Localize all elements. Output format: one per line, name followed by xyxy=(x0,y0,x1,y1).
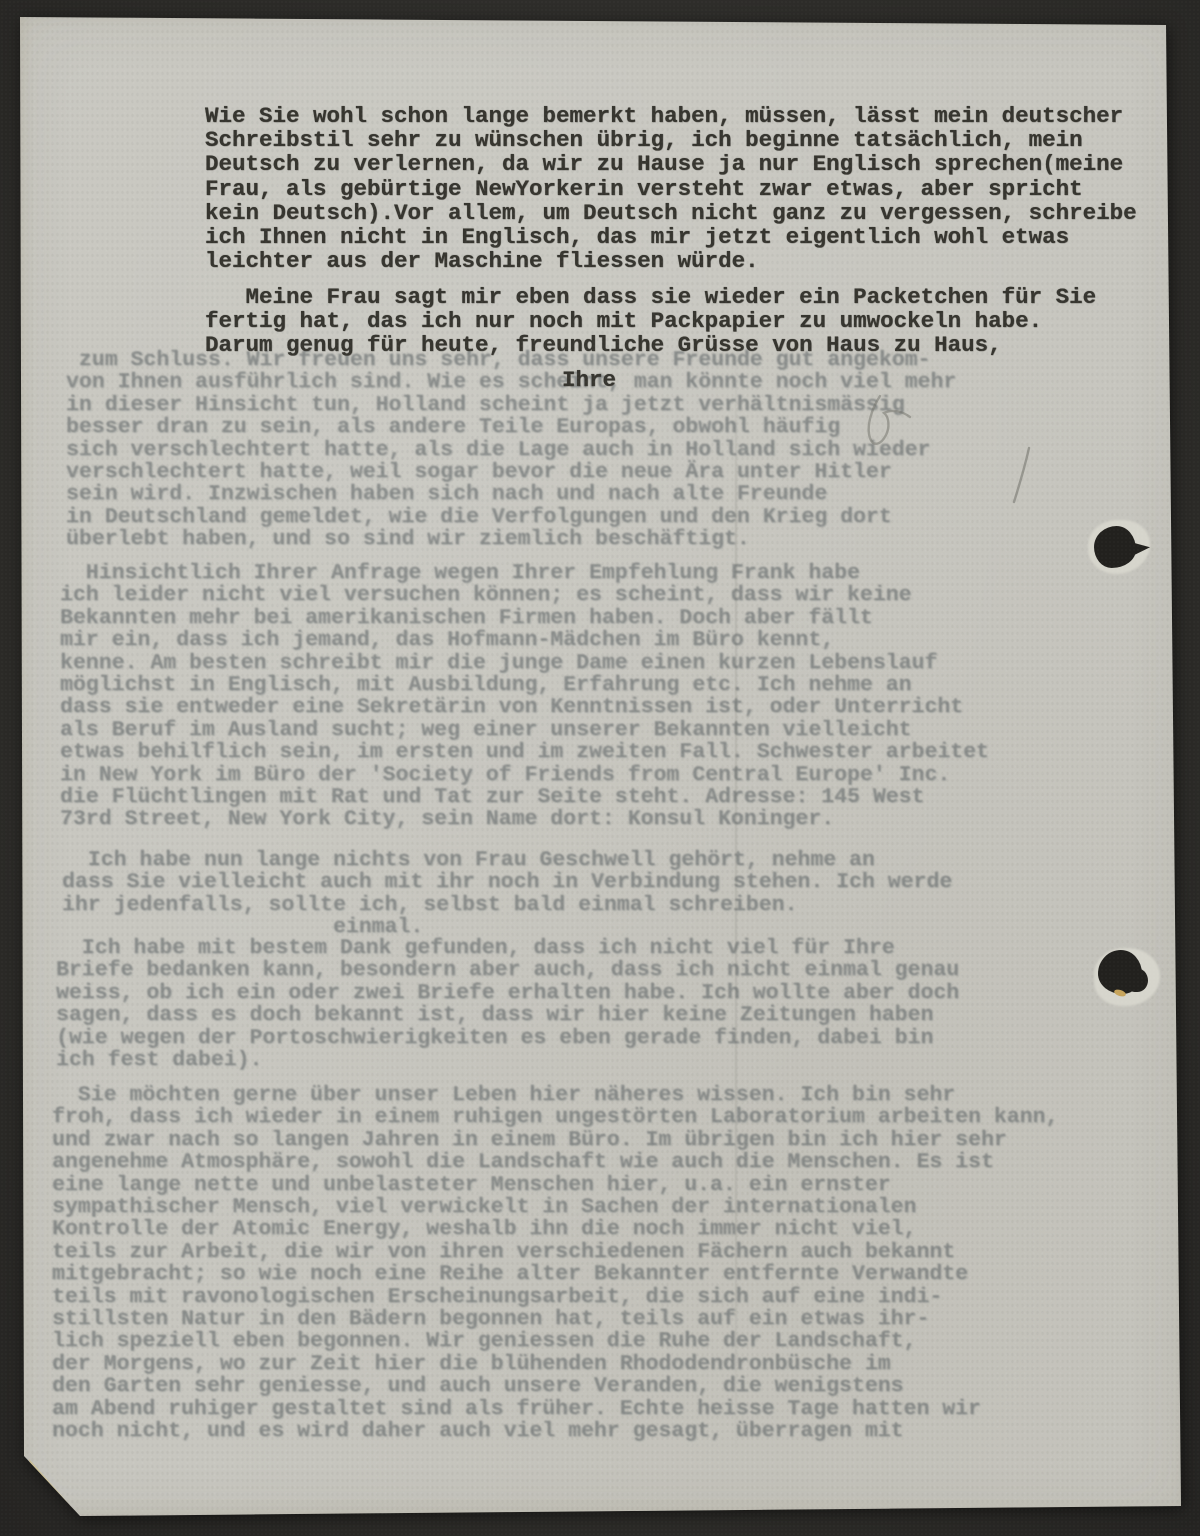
text-line: die Flüchtlingen mit Rat und Tat zur Sei… xyxy=(60,786,989,808)
text-line: Sie möchten gerne über unser Leben hier … xyxy=(52,1084,1058,1106)
text-line: stillsten Natur in den Bädern begonnen h… xyxy=(52,1308,1058,1330)
text-line: sich verschlechtert hatte, als die Lage … xyxy=(66,439,956,461)
text-line: Schreibstil sehr zu wünschen übrig, ich … xyxy=(205,128,1137,152)
text-line: 73rd Street, New York City, sein Name do… xyxy=(60,808,989,830)
text-line: mitgebracht; so wie noch eine Reihe alte… xyxy=(52,1263,1058,1285)
text-line: der Morgens, wo zur Zeit hier die blühen… xyxy=(52,1353,1058,1375)
text-line: dass Sie vielleicht auch mit ihr noch in… xyxy=(62,871,952,893)
ghost-text-block-1: zum Schluss. Wir freuen uns sehr, dass u… xyxy=(66,349,956,551)
hole-opening xyxy=(1094,526,1136,568)
text-line: sagen, dass es doch bekannt ist, dass wi… xyxy=(56,1004,959,1026)
ghost-text-block-3: Ich habe nun lange nichts von Frau Gesch… xyxy=(62,849,952,939)
text-line: Ich habe mit bestem Dank gefunden, dass … xyxy=(56,937,959,959)
text-line: Hinsichtlich Ihrer Anfrage wegen Ihrer E… xyxy=(60,562,989,584)
text-line: eine lange nette und unbelasteter Mensch… xyxy=(52,1174,1058,1196)
text-line: Deutsch zu verlernen, da wir zu Hause ja… xyxy=(205,152,1137,176)
hole-opening xyxy=(1126,968,1148,992)
text-line: sympathischer Mensch, viel verwickelt in… xyxy=(52,1196,1058,1218)
text-line: verschlechtert hatte, weil sogar bevor d… xyxy=(66,461,956,483)
text-line: mir ein, dass ich jemand, das Hofmann-Mä… xyxy=(60,629,989,651)
text-line: in Deutschland gemeldet, wie die Verfolg… xyxy=(66,506,956,528)
text-line: von Ihnen ausführlich sind. Wie es schei… xyxy=(66,371,956,393)
text-line: leichter aus der Maschine fliessen würde… xyxy=(205,249,1137,273)
text-line: ihr jedenfalls, sollte ich, selbst bald … xyxy=(62,894,952,916)
text-line: besser dran zu sein, als andere Teile Eu… xyxy=(66,416,956,438)
paper-shadow-wrap: zum Schluss. Wir freuen uns sehr, dass u… xyxy=(0,0,1200,1536)
text-line: den Garten sehr geniesse, und auch unser… xyxy=(52,1375,1058,1397)
typed-paragraph-1: Wie Sie wohl schon lange bemerkt haben, … xyxy=(205,104,1137,273)
text-line: dass sie entweder eine Sekretärin von Ke… xyxy=(60,696,989,718)
text-line: in dieser Hinsicht tun, Holland scheint … xyxy=(66,394,956,416)
punch-hole-2 xyxy=(1092,946,1164,1012)
text-line: sein wird. Inzwischen haben sich nach un… xyxy=(66,483,956,505)
text-line: fertig hat, das ich nur noch mit Packpap… xyxy=(205,309,1096,333)
text-line: Ich habe nun lange nichts von Frau Gesch… xyxy=(62,849,952,871)
ghost-text-block-4: Ich habe mit bestem Dank gefunden, dass … xyxy=(56,937,959,1071)
text-line: ich leider nicht viel versuchen können; … xyxy=(60,584,989,606)
text-line: Darum genug für heute, freundliche Grüss… xyxy=(205,333,1096,357)
typed-paragraph-2: Meine Frau sagt mir eben dass sie wieder… xyxy=(205,285,1096,358)
text-line: ich fest dabei). xyxy=(56,1049,959,1071)
text-line: als Beruf im Ausland sucht; weg einer un… xyxy=(60,719,989,741)
text-line: Meine Frau sagt mir eben dass sie wieder… xyxy=(205,285,1096,309)
text-line: kenne. Am besten schreibt mir die junge … xyxy=(60,652,989,674)
text-line: teils zur Arbeit, die wir von ihren vers… xyxy=(52,1241,1058,1263)
text-line: Briefe bedanken kann, besondern aber auc… xyxy=(56,959,959,981)
text-line: Kontrolle der Atomic Energy, weshalb ihn… xyxy=(52,1218,1058,1240)
pencil-mark-slash xyxy=(1014,448,1029,502)
text-line: Wie Sie wohl schon lange bemerkt haben, … xyxy=(205,104,1137,128)
text-line: kein Deutsch).Vor allem, um Deutsch nich… xyxy=(205,201,1137,225)
text-line: und zwar nach so langen Jahren in einem … xyxy=(52,1129,1058,1151)
text-line: in New York im Büro der 'Society of Frie… xyxy=(60,764,989,786)
text-line: überlebt haben, und so sind wir ziemlich… xyxy=(66,528,956,550)
ghost-text-block-2: Hinsichtlich Ihrer Anfrage wegen Ihrer E… xyxy=(60,562,989,831)
text-line: froh, dass ich wieder in einem ruhigen u… xyxy=(52,1106,1058,1128)
closing-salutation: Ihre xyxy=(562,368,616,392)
text-line: möglichst in Englisch, mit Ausbildung, E… xyxy=(60,674,989,696)
scan-background: zum Schluss. Wir freuen uns sehr, dass u… xyxy=(0,0,1200,1536)
text-line: Frau, als gebürtige NewYorkerin versteht… xyxy=(205,177,1137,201)
punch-hole-1 xyxy=(1086,520,1156,580)
letter-paper: zum Schluss. Wir freuen uns sehr, dass u… xyxy=(0,0,1200,1536)
text-line: lich speziell eben begonnen. Wir geniess… xyxy=(52,1330,1058,1352)
text-line: Bekannten mehr bei amerikanischen Firmen… xyxy=(60,607,989,629)
text-line: am Abend ruhiger gestaltet sind als früh… xyxy=(52,1398,1058,1420)
text-line: teils mit ravonologischen Erscheinungsar… xyxy=(52,1286,1058,1308)
text-line: angenehme Atmosphäre, sowohl die Landsch… xyxy=(52,1151,1058,1173)
text-line: etwas behilflich sein, im ersten und im … xyxy=(60,741,989,763)
text-line: (wie wegen der Portoschwierigkeiten es e… xyxy=(56,1027,959,1049)
fold-crease xyxy=(735,340,737,1470)
ghost-text-block-5: Sie möchten gerne über unser Leben hier … xyxy=(52,1084,1058,1443)
text-line: noch nicht, und es wird daher auch viel … xyxy=(52,1420,1058,1442)
text-line: ich Ihnen nicht in Englisch, das mir jet… xyxy=(205,225,1137,249)
text-line: weiss, ob ich ein oder zwei Briefe erhal… xyxy=(56,982,959,1004)
